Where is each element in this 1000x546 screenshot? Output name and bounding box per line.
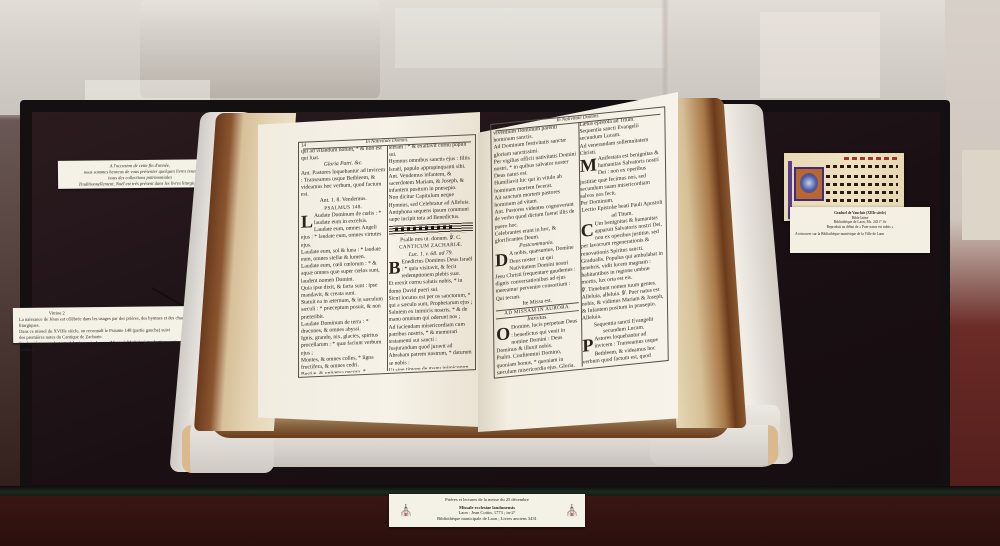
left-page-text: 14 In Nativitate Domini. qui ad vitandum…: [298, 134, 476, 378]
cathedral-icon: ⛪: [399, 505, 409, 517]
cathedral-icon: ⛪: [565, 505, 575, 517]
glass-reflection-document: [760, 12, 880, 98]
drop-cap: D: [495, 252, 508, 269]
caption-line: Reproduit au début de « Puer natus est n…: [795, 225, 925, 230]
display-case-glass: [0, 0, 1000, 115]
background-document: [962, 150, 1000, 240]
text-line: Antiphona sequens ipsum communi sæpe inc…: [389, 206, 473, 224]
left-page-column-b: terram : * & exaltavit cornu populi sui.…: [389, 141, 473, 371]
text-line: Enedictus Dominus Deus Israël : * quia v…: [402, 256, 473, 279]
neume-line: [826, 165, 898, 168]
drop-cap: P: [582, 337, 593, 354]
text-line: Ant. Pastores loquebantur ad invicem : T…: [301, 167, 385, 200]
label-line: En deuxième page le texte Ad missam in A…: [19, 339, 190, 353]
drop-cap: B: [389, 259, 401, 276]
label-line: Prières et lectures de la messe du 25 dé…: [395, 497, 579, 503]
drop-cap: O: [496, 326, 510, 343]
caption-note: A retrouver sur la Bibliothèque numériqu…: [795, 232, 925, 237]
drop-cap: L: [301, 213, 313, 230]
manuscript-caption: Graduel de Vauclair (XIIIe siècle) Bible…: [790, 207, 930, 253]
neume-line: [826, 183, 898, 186]
left-page-column-a: qui ad vitandum notum, * & non est qui l…: [301, 145, 385, 375]
right-page-column-a: viventium Dominum parenti hominum sancti…: [493, 122, 579, 375]
text-line: [826, 175, 898, 178]
neume-line: [826, 199, 898, 202]
drop-cap: C: [581, 221, 594, 238]
vitrine-label: Vitrine 2 La naissance de Jésus est célé…: [13, 306, 196, 343]
label-line: Bibliothèque municipale de Laon ; Livres…: [395, 516, 579, 522]
drop-cap: M: [580, 156, 597, 174]
bottom-label: ⛪ ⛪ Prières et lectures de la messe du 2…: [389, 494, 585, 527]
museum-display-scene: A l'occasion de cette fin d'année, nous …: [0, 0, 1000, 546]
background-wall: [945, 0, 1000, 546]
right-page-column-b: Lætus epistola ad Titum. Sequentia sanct…: [579, 114, 665, 367]
rubric-line: [844, 157, 899, 160]
illuminated-initial-icon: [794, 167, 824, 201]
text-line: [826, 191, 898, 194]
text-line: Astores loquebantur ad invicem : Transea…: [583, 331, 658, 366]
text-line: Audate Dominum de cœlis : * laudate eum …: [314, 210, 381, 226]
glass-reflection-panel: [395, 8, 665, 68]
right-page-text: In Nativitate Domini. viventium Dominum …: [490, 106, 669, 378]
